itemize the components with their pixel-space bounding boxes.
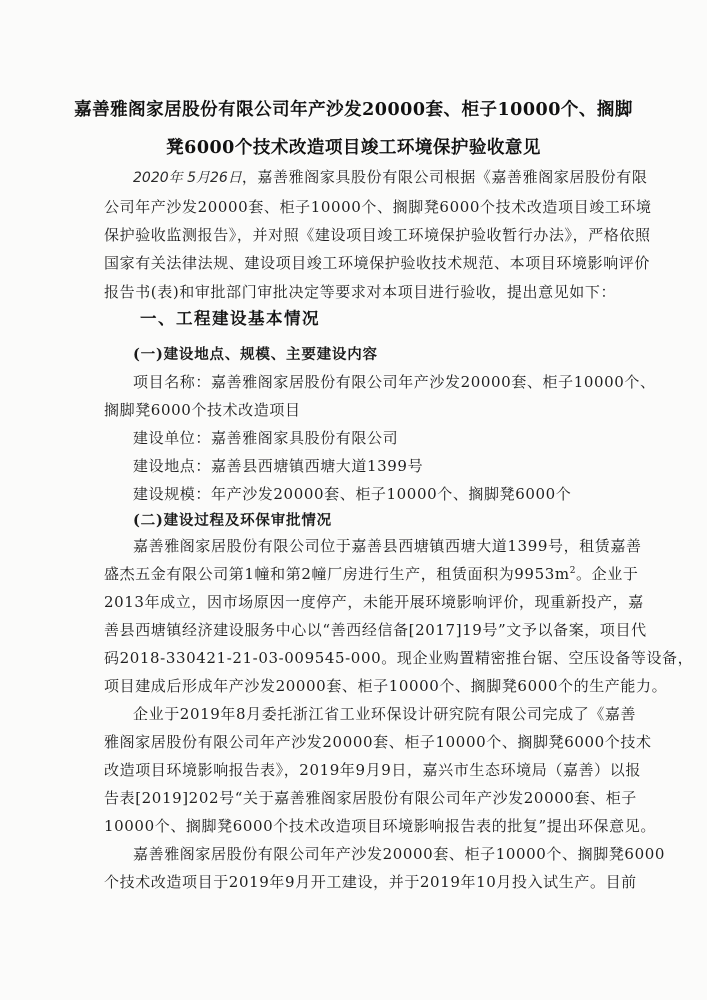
subsection-heading-2: (二)建设过程及环保审批情况 [133,509,332,530]
builder-line: 建设单位：嘉善雅阁家具股份有限公司 [133,427,398,448]
para-1-line-5: 码2018-330421-21-03-009545-000。现企业购置精密推台锯… [104,647,693,668]
para-2-line-4: 告表[2019]202号“关于嘉善雅阁家居股份有限公司年产沙发20000套、柜子 [104,787,599,808]
handwritten-date: 2020年 5月26日 [133,170,242,186]
scale-line: 建设规模：年产沙发20000套、柜子10000个、搁脚凳6000个 [133,483,571,504]
subsection-heading-1: (一)建设地点、规模、主要建设内容 [133,343,378,364]
para-2-line-5: 10000个、搁脚凳6000个技术改造项目环境影响报告表的批复”提出环保意见。 [104,815,599,836]
para-2-line-1: 企业于2019年8月委托浙江省工业环保设计研究院有限公司完成了《嘉善 [133,703,599,724]
section-heading-1: 一、工程建设基本情况 [140,305,320,329]
para-1-line-4: 善县西塘镇经济建设服务中心以“善西经信备[2017]19号”文予以备案，项目代 [104,619,599,640]
para-1-line-6: 项目建成后形成年产沙发20000套、柜子10000个、搁脚凳6000个的生产能力… [104,675,599,696]
para-1-line-2: 盛杰五金有限公司第1幢和第2幢厂房进行生产，租赁面积为9953m2。企业于 [104,563,599,584]
para-1-line-3: 2013年成立，因市场原因一度停产，未能开展环境影响评价，现重新投产，嘉 [104,591,599,612]
para-2-line-3: 改造项目环境影响报告表》，2019年9月9日，嘉兴市生态环境局（嘉善）以报 [104,759,599,780]
para-3-line-1: 嘉善雅阁家居股份有限公司年产沙发20000套、柜子10000个、搁脚凳6000 [133,843,599,864]
para-3-line-2: 个技术改造项目于2019年9月开工建设，并于2019年10月投入试生产。目前 [104,871,599,892]
document-title-line-1: 嘉善雅阁家居股份有限公司年产沙发20000套、柜子10000个、搁脚 [0,96,707,121]
document-title-line-2: 凳6000个技术改造项目竣工环境保护验收意见 [0,134,707,159]
project-name-line-2: 搁脚凳6000个技术改造项目 [104,399,301,420]
intro-line-5: 报告书(表)和审批部门审批决定等要求对本项目进行验收，提出意见如下： [104,281,616,302]
para-2-line-2: 雅阁家居股份有限公司年产沙发20000套、柜子10000个、搁脚凳6000个技术 [104,731,599,752]
intro-line-1-text: ，嘉善雅阁家具股份有限公司根据《嘉善雅阁家居股份有限 [242,168,648,186]
intro-line-3: 保护验收监测报告》，并对照《建设项目竣工环境保护验收暂行办法》，严格依照 [104,224,599,245]
project-name-line-1: 项目名称：嘉善雅阁家居股份有限公司年产沙发20000套、柜子10000个、 [133,371,656,392]
location-line: 建设地点：嘉善县西塘镇西塘大道1399号 [133,455,423,476]
intro-line-2: 公司年产沙发20000套、柜子10000个、搁脚凳6000个技术改造项目竣工环境 [104,196,599,217]
intro-line-4: 国家有关法律法规、建设项目竣工环境保护验收技术规范、本项目环境影响评价 [104,252,599,273]
para-1-line-1: 嘉善雅阁家居股份有限公司位于嘉善县西塘镇西塘大道1399号，租赁嘉善 [133,535,599,556]
intro-line-1: 2020年 5月26日，嘉善雅阁家具股份有限公司根据《嘉善雅阁家居股份有限 [133,166,647,187]
document-page: 嘉善雅阁家居股份有限公司年产沙发20000套、柜子10000个、搁脚 凳6000… [0,0,707,1000]
